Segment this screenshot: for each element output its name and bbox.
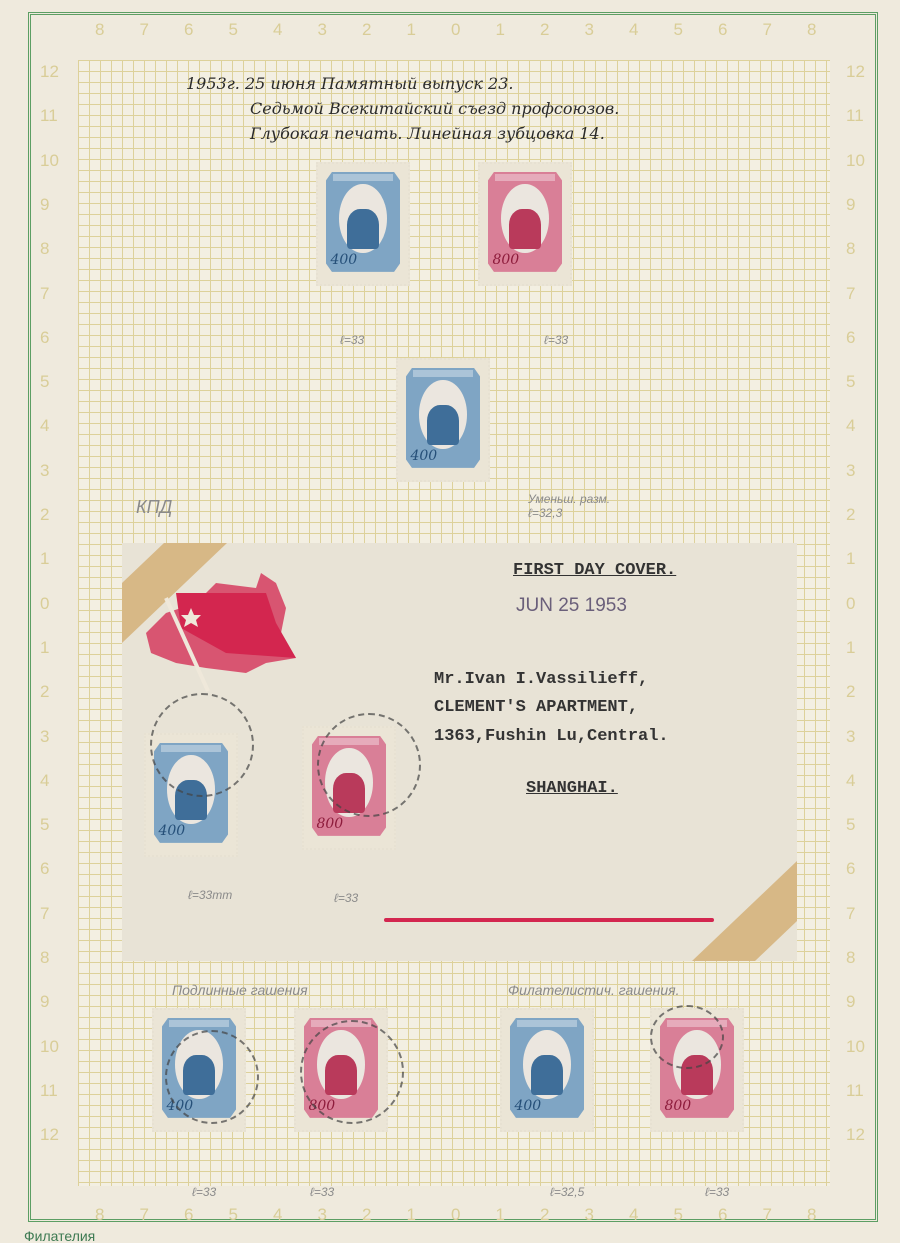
footer-label: Филателия xyxy=(24,1228,95,1243)
axis-label: 2 xyxy=(362,20,371,40)
address-line: CLEMENT'S APARTMENT, xyxy=(434,698,638,717)
axis-label: 5 xyxy=(40,815,49,835)
stamp-note: Уменьш. разм. ℓ=32,3 xyxy=(528,492,618,520)
axis-label: 4 xyxy=(629,20,638,40)
axis-label: 6 xyxy=(846,328,855,348)
axis-label: 12 xyxy=(846,1125,865,1145)
header-line-2: Седьмой Всекитайский съезд профсоюзов. xyxy=(250,99,619,118)
address-line: Mr.Ivan I.Vassilieff, xyxy=(434,670,648,689)
postmark xyxy=(650,1005,724,1069)
axis-label: 2 xyxy=(540,20,549,40)
axis-label: 5 xyxy=(846,815,855,835)
axis-label: 5 xyxy=(674,1205,683,1225)
axis-label: 6 xyxy=(718,1205,727,1225)
address-city: SHANGHAI. xyxy=(526,779,618,798)
stamp-note: ℓ=33 xyxy=(334,891,358,905)
axis-label: 3 xyxy=(318,1205,327,1225)
axis-label: 3 xyxy=(846,727,855,747)
axis-label: 4 xyxy=(273,1205,282,1225)
axis-label: 1 xyxy=(40,638,49,658)
axis-label: 6 xyxy=(184,20,193,40)
axis-label: 5 xyxy=(846,372,855,392)
cto-stamp-400: 400 xyxy=(500,1008,594,1132)
stamp-note: ℓ=33 xyxy=(310,1185,334,1199)
cover-label: КПД xyxy=(136,497,172,518)
axis-label: 1 xyxy=(846,638,855,658)
axis-label: 7 xyxy=(40,284,49,304)
axis-label: 2 xyxy=(40,505,49,525)
axis-label: 7 xyxy=(763,20,772,40)
stamp-note: ℓ=33mm xyxy=(188,888,232,902)
axis-label: 8 xyxy=(40,239,49,259)
axis-label: 1 xyxy=(846,549,855,569)
stamp-note: ℓ=33 xyxy=(705,1185,729,1199)
photo-corner-tape xyxy=(692,861,797,961)
axis-label: 8 xyxy=(846,948,855,968)
first-day-cover: FIRST DAY COVER. JUN 25 1953 Mr.Ivan I.V… xyxy=(122,543,797,961)
axis-label: 11 xyxy=(846,1081,864,1101)
cover-title: FIRST DAY COVER. xyxy=(513,561,676,580)
axis-label: 8 xyxy=(95,1205,104,1225)
axis-label: 12 xyxy=(40,1125,59,1145)
axis-label: 7 xyxy=(846,284,855,304)
axis-label: 4 xyxy=(40,416,49,436)
axis-label: 1 xyxy=(496,1205,505,1225)
axis-label: 4 xyxy=(273,20,282,40)
axis-label: 8 xyxy=(807,20,816,40)
axis-label: 2 xyxy=(846,682,855,702)
axis-label: 1 xyxy=(40,549,49,569)
axis-label: 9 xyxy=(846,195,855,215)
axis-label: 5 xyxy=(229,1205,238,1225)
postmark xyxy=(150,693,254,797)
header-line-3: Глубокая печать. Линейная зубцовка 14. xyxy=(250,124,605,143)
axis-label: 3 xyxy=(585,20,594,40)
stamp-note: ℓ=33 xyxy=(544,333,568,347)
axis-label: 6 xyxy=(40,328,49,348)
axis-label: 0 xyxy=(451,1205,460,1225)
axis-label: 8 xyxy=(807,1205,816,1225)
stamp-400-blue-small: 400 xyxy=(396,358,490,482)
axis-label: 5 xyxy=(674,20,683,40)
stamp-800-red: 800 xyxy=(478,162,572,286)
axis-label: 1 xyxy=(496,20,505,40)
axis-label: 8 xyxy=(95,20,104,40)
axis-label: 10 xyxy=(846,1037,865,1057)
axis-label: 9 xyxy=(40,992,49,1012)
axis-label: 2 xyxy=(846,505,855,525)
genuine-cancels-label: Подлинные гашения xyxy=(172,982,308,998)
axis-label: 3 xyxy=(846,461,855,481)
axis-label: 2 xyxy=(362,1205,371,1225)
axis-label: 12 xyxy=(40,62,59,82)
axis-label: 5 xyxy=(40,372,49,392)
stamp-note: ℓ=33 xyxy=(340,333,364,347)
postmark xyxy=(165,1030,259,1124)
axis-label: 9 xyxy=(40,195,49,215)
axis-label: 0 xyxy=(451,20,460,40)
postmark xyxy=(300,1020,404,1124)
axis-label: 10 xyxy=(40,151,59,171)
cover-date: JUN 25 1953 xyxy=(516,595,627,617)
philatelic-cancels-label: Филателистич. гашения. xyxy=(508,982,680,998)
axis-label: 1 xyxy=(407,20,416,40)
axis-label: 11 xyxy=(40,106,58,126)
axis-label: 11 xyxy=(846,106,864,126)
axis-label: 7 xyxy=(763,1205,772,1225)
axis-label: 6 xyxy=(40,859,49,879)
axis-label: 3 xyxy=(40,461,49,481)
postmark xyxy=(317,713,421,817)
axis-label: 5 xyxy=(229,20,238,40)
axis-label: 7 xyxy=(40,904,49,924)
axis-label: 8 xyxy=(846,239,855,259)
axis-label: 10 xyxy=(40,1037,59,1057)
axis-label: 11 xyxy=(40,1081,58,1101)
axis-label: 9 xyxy=(846,992,855,1012)
axis-label: 3 xyxy=(318,20,327,40)
address-line: 1363,Fushin Lu,Central. xyxy=(434,727,669,746)
axis-label: 4 xyxy=(40,771,49,791)
axis-label: 2 xyxy=(40,682,49,702)
axis-label: 8 xyxy=(40,948,49,968)
header-line-1: 1953г. 25 июня Памятный выпуск 23. xyxy=(186,74,514,93)
china-flag-map-icon xyxy=(136,563,296,693)
axis-label: 12 xyxy=(846,62,865,82)
stamp-note: ℓ=33 xyxy=(192,1185,216,1199)
axis-label: 2 xyxy=(540,1205,549,1225)
stamp-note: ℓ=32,5 xyxy=(550,1185,584,1199)
axis-label: 0 xyxy=(846,594,855,614)
axis-label: 4 xyxy=(846,416,855,436)
axis-label: 7 xyxy=(846,904,855,924)
axis-label: 3 xyxy=(585,1205,594,1225)
axis-label: 1 xyxy=(407,1205,416,1225)
red-decorative-line xyxy=(384,918,714,922)
axis-label: 10 xyxy=(846,151,865,171)
axis-label: 6 xyxy=(184,1205,193,1225)
axis-label: 3 xyxy=(40,727,49,747)
axis-label: 6 xyxy=(718,20,727,40)
axis-label: 4 xyxy=(629,1205,638,1225)
axis-label: 6 xyxy=(846,859,855,879)
axis-label: 4 xyxy=(846,771,855,791)
axis-label: 0 xyxy=(40,594,49,614)
stamp-400-blue: 400 xyxy=(316,162,410,286)
axis-label: 7 xyxy=(140,1205,149,1225)
axis-label: 7 xyxy=(140,20,149,40)
